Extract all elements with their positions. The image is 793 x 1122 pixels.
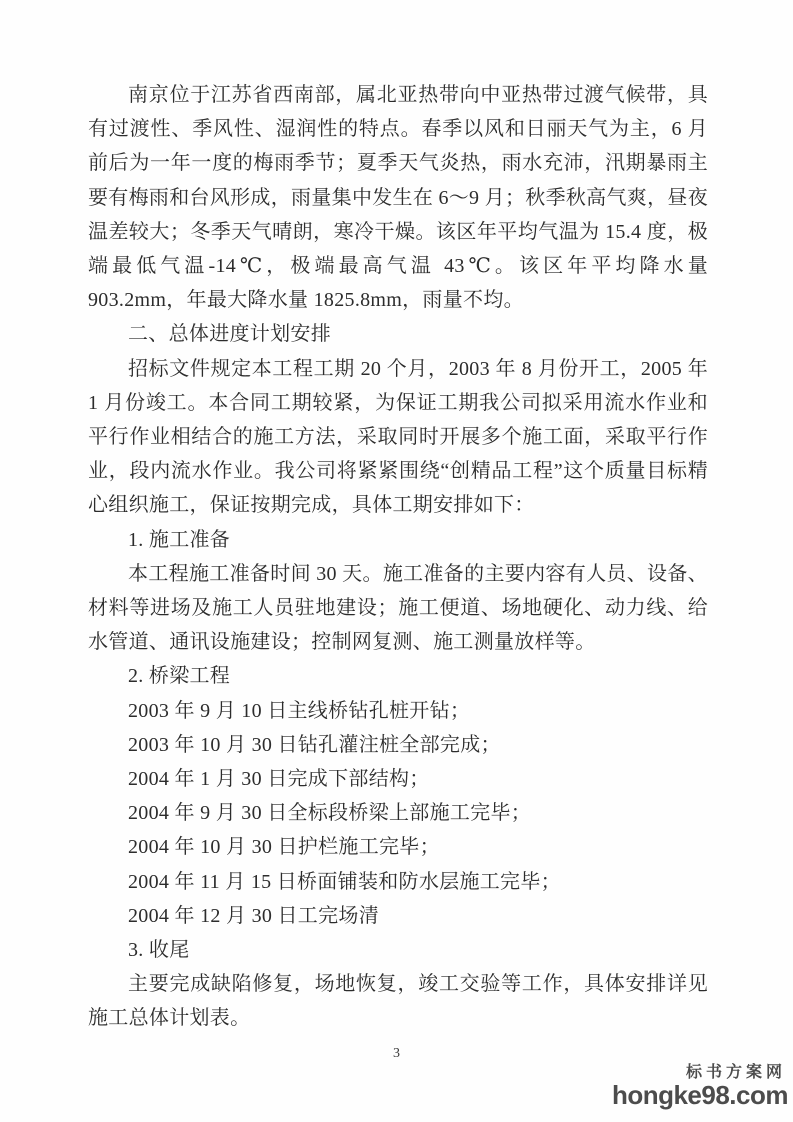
section-heading: 1. 施工准备 — [88, 523, 708, 557]
paragraph: 2004 年 12 月 30 日工完场清 — [88, 899, 708, 933]
paragraph: 主要完成缺陷修复，场地恢复，竣工交验等工作，具体安排详见施工总体计划表。 — [88, 967, 708, 1035]
paragraph: 2004 年 11 月 15 日桥面铺装和防水层施工完毕； — [88, 865, 708, 899]
paragraph: 2004 年 1 月 30 日完成下部结构； — [88, 762, 708, 796]
paragraph: 2004 年 9 月 30 日全标段桥梁上部施工完毕； — [88, 796, 708, 830]
watermark-site-url: hongke98.com — [612, 1082, 788, 1109]
paragraph: 本工程施工准备时间 30 天。施工准备的主要内容有人员、设备、材料等进场及施工人… — [88, 557, 708, 660]
section-heading: 3. 收尾 — [88, 933, 708, 967]
paragraph: 2003 年 9 月 10 日主线桥钻孔桩开钻； — [88, 694, 708, 728]
document-body: 南京位于江苏省西南部，属北亚热带向中亚热带过渡气候带，具有过渡性、季风性、湿润性… — [88, 78, 708, 1036]
paragraph: 2003 年 10 月 30 日钻孔灌注桩全部完成； — [88, 728, 708, 762]
section-heading: 2. 桥梁工程 — [88, 659, 708, 693]
paragraph: 2004 年 10 月 30 日护栏施工完毕； — [88, 830, 708, 864]
paragraph: 南京位于江苏省西南部，属北亚热带向中亚热带过渡气候带，具有过渡性、季风性、湿润性… — [88, 78, 708, 317]
page-number: 3 — [393, 1046, 400, 1061]
page-footer: 3 — [0, 1046, 793, 1062]
watermark: 标书方案网 hongke98.com — [612, 1065, 788, 1109]
document-page: 南京位于江苏省西南部，属北亚热带向中亚热带过渡气候带，具有过渡性、季风性、湿润性… — [0, 0, 793, 1122]
paragraph: 招标文件规定本工程工期 20 个月，2003 年 8 月份开工，2005 年 1… — [88, 352, 708, 523]
section-heading: 二、总体进度计划安排 — [88, 317, 708, 351]
